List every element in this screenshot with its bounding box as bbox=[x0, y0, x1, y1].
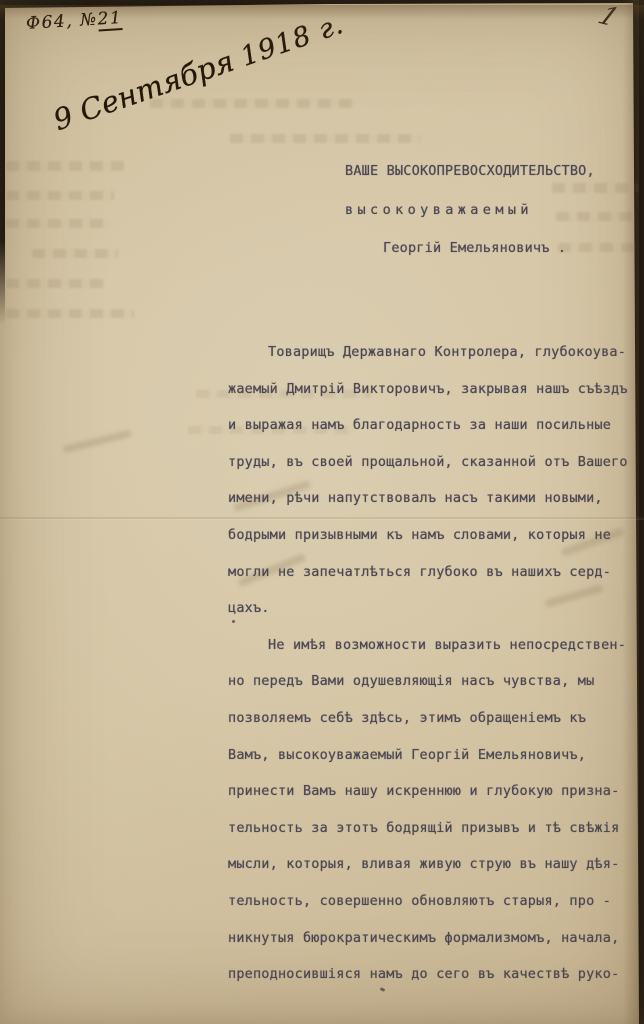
archive-mark-text: Ф64, № bbox=[25, 10, 98, 34]
letter-body: Товарищъ Державнаго Контролера, глубокоу… bbox=[228, 334, 633, 993]
scanned-letter-page: Ф64, №21 9 Сентября 1918 г. 1 ВАШЕ ВЫСОК… bbox=[0, 0, 644, 1024]
typed-line: мысли, которыя, вливая живую струю въ на… bbox=[228, 846, 633, 883]
bleedthrough-smudge bbox=[6, 191, 114, 200]
bleedthrough-smudge bbox=[32, 249, 118, 258]
typed-line: цахъ. bbox=[228, 590, 633, 627]
salutation-line: Георгій Емельяновичъ . bbox=[345, 229, 595, 268]
salutation-line: высокоуважаемый bbox=[345, 191, 595, 230]
typed-line: Вамъ, высокоуважаемый Георгій Емельянови… bbox=[228, 737, 633, 774]
typed-line: Товарищъ Державнаго Контролера, глубокоу… bbox=[228, 334, 633, 371]
typed-line: тельность за этотъ бодрящій призывъ и тѣ… bbox=[228, 810, 633, 847]
salutation-block: ВАШЕ ВЫСОКОПРЕВОСХОДИТЕЛЬСТВО, высокоува… bbox=[345, 152, 595, 268]
archive-mark-handwritten: Ф64, №21 bbox=[25, 8, 122, 34]
typed-line: преподносившіяся намъ до сего въ качеств… bbox=[228, 956, 633, 993]
typed-line: могли не запечатлѣться глубоко въ нашихъ… bbox=[228, 554, 633, 591]
typed-line: и выражая намъ благодарность за наши пос… bbox=[228, 407, 633, 444]
archive-mark-number: 21 bbox=[97, 8, 123, 31]
bleedthrough-smudge bbox=[6, 161, 124, 171]
typed-line: но передъ Вами одушевляющія насъ чувства… bbox=[228, 663, 633, 700]
typed-line: жаемый Дмитрій Викторовичъ, закрывая наш… bbox=[228, 371, 633, 408]
salutation-line: ВАШЕ ВЫСОКОПРЕВОСХОДИТЕЛЬСТВО, bbox=[345, 152, 595, 191]
scan-edge-left bbox=[0, 0, 5, 330]
bleedthrough-smudge bbox=[6, 219, 110, 228]
date-day-month: 9 Сентября bbox=[49, 41, 247, 137]
typed-line: имени, рѣчи напутствовалъ насъ такими но… bbox=[228, 480, 633, 517]
bleedthrough-handwriting bbox=[62, 430, 132, 454]
typed-line: принести Вамъ нашу искреннюю и глубокую … bbox=[228, 773, 633, 810]
bleedthrough-smudge bbox=[230, 134, 420, 143]
typed-line: позволяемъ себѣ здѣсь, этимъ обращеніемъ… bbox=[228, 700, 633, 737]
page-number: 1 bbox=[593, 1, 624, 32]
typed-line: труды, въ своей прощальной, сказанной от… bbox=[228, 444, 633, 481]
bleedthrough-smudge bbox=[150, 99, 355, 108]
typed-line: никнутыя бюрократическимъ формализмомъ, … bbox=[228, 920, 633, 957]
bleedthrough-smudge bbox=[6, 309, 134, 318]
handwritten-date: 9 Сентября 1918 г. bbox=[49, 20, 307, 139]
bleedthrough-smudge bbox=[6, 279, 104, 288]
typed-line: бодрыми призывными къ намъ словами, кото… bbox=[228, 517, 633, 554]
typed-line: Не имѣя возможности выразить непосредств… bbox=[228, 627, 633, 664]
scan-edge-top bbox=[0, 0, 644, 9]
ink-speck bbox=[232, 620, 235, 623]
typed-line: тельность, совершенно обновляютъ старыя,… bbox=[228, 883, 633, 920]
date-year: 1918 г. bbox=[237, 9, 348, 73]
